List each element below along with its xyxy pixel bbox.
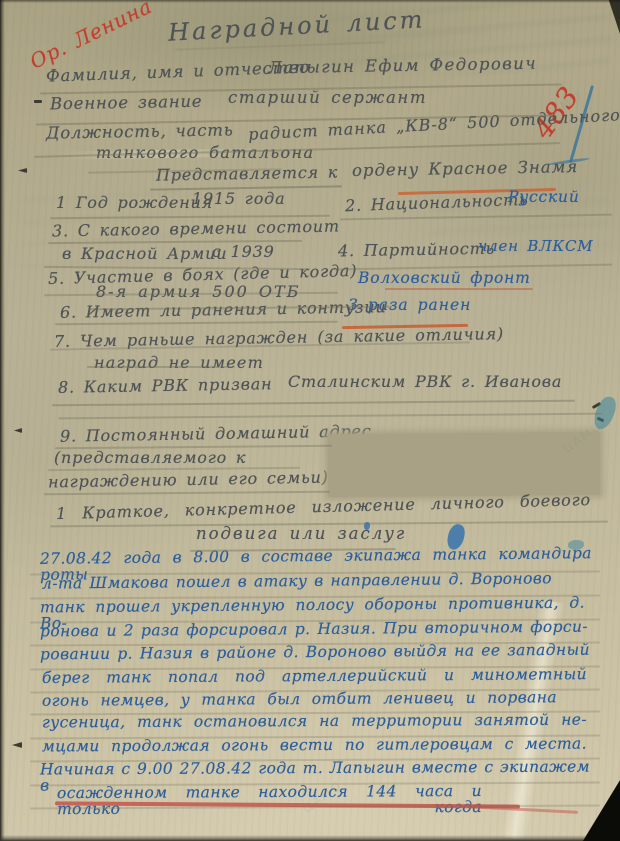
document-title: Наградной лист [167,5,426,46]
ruled-line [52,400,575,407]
ruled-line [87,366,235,368]
item3-label-line2: в Красной Армии [62,244,227,263]
scan-edge-top [0,0,620,3]
item2-value: Русский [508,188,580,206]
item1-label: 1 Год рождения [56,193,213,212]
item5-value: Волховский фронт [358,269,531,287]
scan-corner-top-right [604,0,620,34]
margin-mark [18,168,27,173]
item1-value: 1915 года [192,189,285,208]
rank-value: старший сержант [228,88,427,107]
scan-edge-left [0,0,5,841]
margin-mark [14,428,22,433]
item8-value: Сталинским РВК г. Иванова [288,372,562,391]
red-underline-front [385,288,533,290]
submitted-label: Представляется к [156,162,339,184]
submitted-value: ордену Красное Знамя [352,157,579,180]
narrative-line: мцами продолжая огонь вести по гитлеровц… [42,737,587,755]
margin-mark [12,742,22,748]
ruled-line [58,413,602,420]
scan-edge-bottom [0,835,620,841]
item3-label: 3. С какого времени состоит [52,216,340,240]
item9-label-line2: (представляемого к [54,448,246,467]
narrative-line: гусеница, танк остановился на территории… [42,713,587,731]
ruled-line [340,214,612,221]
award-sheet-scan: Наградной лист Ор. Ленина 483 Фамилия, и… [0,0,620,841]
item8-label: 8. Каким РВК призван [58,374,273,397]
feat-heading-line2: подвига или заслуг [196,524,406,543]
ruled-line [44,491,330,495]
narrative-line: осажденном танке находился 144 часа и то… [57,784,482,817]
item9-label: 9. Постоянный домашний адрес [60,421,372,445]
item2-label: 2. Национальность [345,190,529,215]
item4-label: 4. Партийность [338,239,495,261]
rank-label: Военное звание [50,92,203,114]
feat-heading-line1: 1 Краткое, конкретное изложение личного … [56,490,591,523]
name-value: Лапыгин Ефим Федорович [268,54,537,78]
narrative-line: огонь немцев, у танка был отбит ленивец … [42,690,557,709]
item9-label-line3: награждению или его семьи) [48,468,329,492]
redacted-address-box [328,432,601,497]
item3-value: с 1939 [212,242,275,261]
margin-mark [34,100,42,103]
ruled-line [55,321,338,325]
item7-value: наград не имеет [94,353,264,372]
item4-value: член ВЛКСМ [478,237,593,255]
